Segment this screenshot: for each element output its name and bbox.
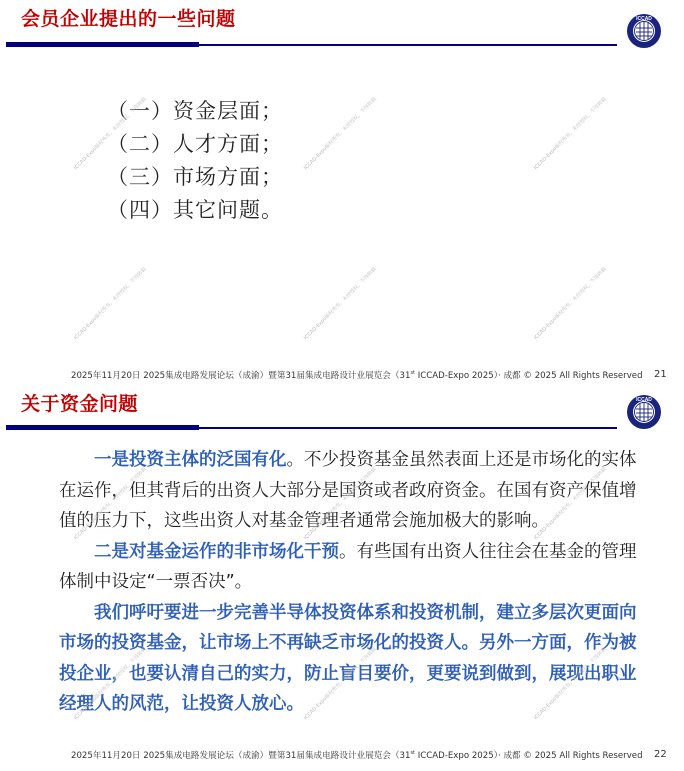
paragraph-highlight: 一是投资主体的泛国有化: [94, 450, 287, 470]
footer-prefix: 2025年11月20日 2025集成电路发展论坛（成渝）暨第31届集成电路设计业…: [71, 751, 410, 761]
title-underline-thin: [199, 44, 617, 46]
footer-suffix: ICCAD-Expo 2025）· 成都 © 2025 All Rights R…: [415, 371, 643, 381]
page-number: 21: [654, 369, 667, 380]
slide-footer: 2025年11月20日 2025集成电路发展论坛（成渝）暨第31届集成电路设计业…: [71, 749, 643, 761]
paragraph-state-ownership: 一是投资主体的泛国有化。不少投资基金虽然表面上还是市场化的实体在运作，但其背后的…: [59, 445, 649, 537]
paragraph-appeal: 我们呼吁要进一步完善半导体投资体系和投资机制，建立多层次更面向市场的投资基金，让…: [59, 598, 649, 720]
svg-text:ICCAD: ICCAD: [636, 16, 652, 22]
slide-22: 关于资金问题 ICCAD 一是投资主体的泛国有化。不少投资基金虽然表面上还是市场…: [0, 385, 684, 771]
paragraph-highlight: 二是对基金运作的非市场化干预: [94, 542, 339, 562]
iccad-logo-icon: ICCAD: [626, 394, 662, 430]
title-underline-thin: [199, 427, 617, 429]
title-underline-thick: [6, 42, 199, 47]
slide-footer: 2025年11月20日 2025集成电路发展论坛（成渝）暨第31届集成电路设计业…: [71, 369, 643, 381]
footer-prefix: 2025年11月20日 2025集成电路发展论坛（成渝）暨第31届集成电路设计业…: [71, 371, 410, 381]
slide-title: 会员企业提出的一些问题: [21, 4, 236, 31]
iccad-logo-icon: ICCAD: [626, 13, 662, 49]
issue-item-market: （三）市场方面；: [107, 161, 283, 194]
slide-body: 一是投资主体的泛国有化。不少投资基金虽然表面上还是市场化的实体在运作，但其背后的…: [59, 445, 649, 720]
issue-item-talent: （二）人才方面；: [107, 128, 283, 161]
paragraph-non-market-intervention: 二是对基金运作的非市场化干预。有些国有出资人往往会在基金的管理体制中设定“一票否…: [59, 537, 649, 598]
issue-item-other: （四）其它问题。: [107, 194, 283, 227]
slide-21: 会员企业提出的一些问题 ICCAD （一）资金层面； （二）人才方面； （三）市…: [0, 0, 684, 385]
svg-text:ICCAD: ICCAD: [636, 397, 652, 403]
issue-item-funding: （一）资金层面；: [107, 95, 283, 128]
title-underline-thick: [6, 425, 199, 430]
issue-list: （一）资金层面； （二）人才方面； （三）市场方面； （四）其它问题。: [107, 95, 283, 227]
footer-suffix: ICCAD-Expo 2025）· 成都 © 2025 All Rights R…: [415, 751, 643, 761]
slide-title: 关于资金问题: [21, 389, 138, 416]
page-number: 22: [654, 749, 667, 760]
